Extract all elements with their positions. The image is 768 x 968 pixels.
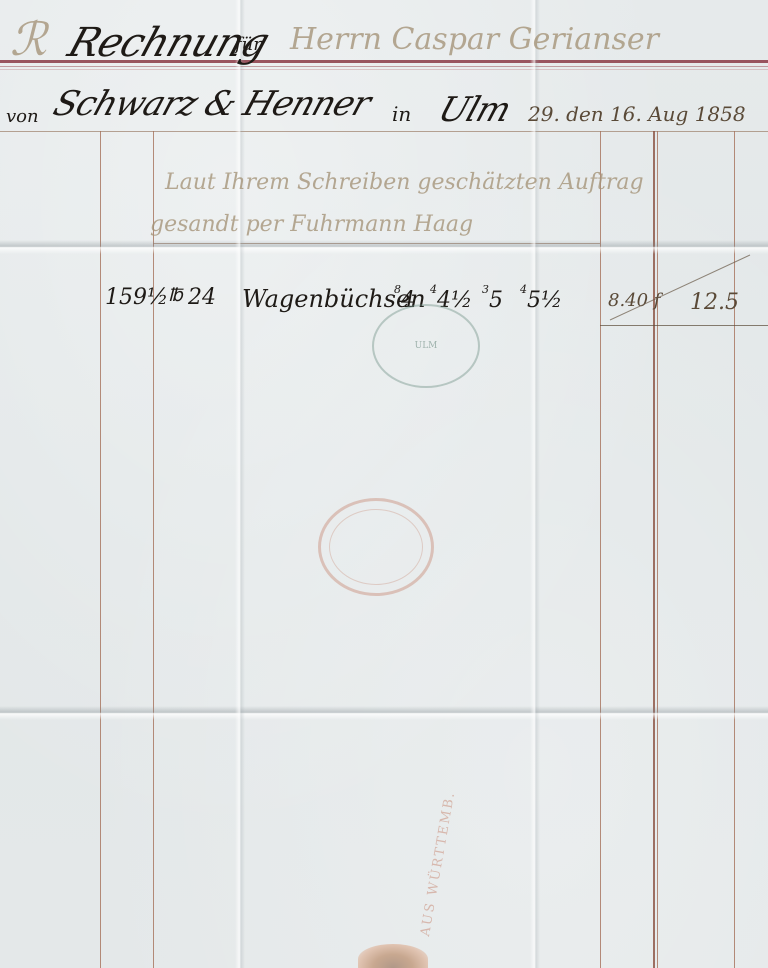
header-rule-thin-2 — [0, 69, 768, 70]
for-word: für — [235, 34, 262, 55]
ditto-stroke-icon — [600, 250, 760, 330]
paper-fold-vertical-right — [530, 0, 540, 968]
postmark-green: ULM — [372, 304, 480, 388]
invoice-date: 29. den 16. Aug 1858 — [528, 102, 746, 126]
sender-name: Schwarz & Henner — [49, 84, 376, 124]
subheading-line-2: gesandt per Fuhrmann Haag — [150, 212, 473, 237]
header-rule-thin — [0, 66, 768, 67]
paper-fold-horizontal-bottom — [0, 706, 768, 720]
column-rule-2 — [153, 131, 154, 968]
red-vertical-stamp: AUS WÜRTTEMB. — [418, 790, 458, 938]
place-prefix: in — [392, 102, 411, 126]
recipient-name: Herrn Caspar Gerianser — [290, 22, 659, 57]
entry-size-3: 35 — [482, 288, 503, 313]
place-name: Ulm — [434, 90, 516, 130]
wax-seal-remnant — [358, 944, 428, 968]
invoice-document: ℛ Rechnung für Herrn Caspar Gerianser vo… — [0, 0, 768, 968]
paper-fold-vertical-left — [235, 0, 245, 968]
subheading-line-1: Laut Ihrem Schreiben geschätzten Auftrag — [165, 170, 644, 195]
column-rule-1 — [100, 131, 101, 968]
flourish-capital-r: ℛ — [10, 12, 47, 66]
from-prefix: von — [6, 106, 39, 127]
entry-unit: ℔ — [168, 285, 183, 306]
postmark-red-seal — [318, 498, 434, 596]
entry-count: 24 — [188, 285, 216, 310]
entry-size-4: 45½ — [520, 288, 562, 313]
entry-quantity: 159½ — [105, 285, 168, 310]
